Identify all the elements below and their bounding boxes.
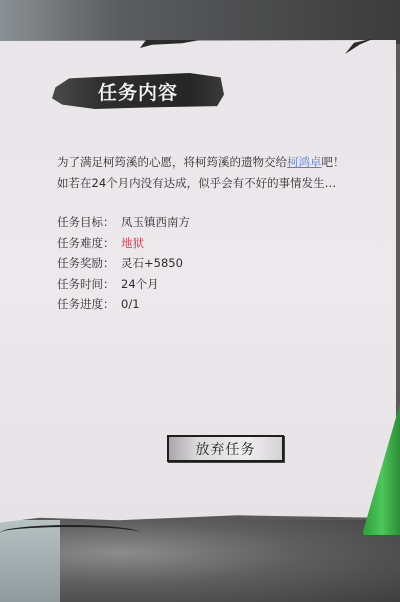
info-label: 任务奖励： bbox=[57, 253, 121, 274]
quest-difficulty-row: 任务难度： 地狱 bbox=[57, 233, 190, 254]
quest-time-row: 任务时间： 24个月 bbox=[57, 274, 190, 295]
quest-reward-value: 灵石+5850 bbox=[121, 253, 183, 274]
quest-time-value: 24个月 bbox=[121, 274, 159, 295]
quest-description: 为了满足柯筠溪的心愿，将柯筠溪的遗物交给柯鸿卓吧！ 如若在24个月内没有达成，似… bbox=[57, 152, 387, 194]
info-label: 任务进度： bbox=[57, 294, 121, 315]
description-line-2: 如若在24个月内没有达成，似乎会有不好的事情发生… bbox=[57, 173, 387, 194]
quest-progress-row: 任务进度： 0/1 bbox=[57, 294, 190, 315]
info-label: 任务难度： bbox=[57, 233, 121, 254]
background-top bbox=[0, 0, 400, 44]
quest-info-list: 任务目标： 凤玉镇西南方 任务难度： 地狱 任务奖励： 灵石+5850 任务时间… bbox=[57, 212, 190, 315]
info-label: 任务时间： bbox=[57, 274, 121, 295]
quest-progress-value: 0/1 bbox=[121, 294, 140, 315]
quest-difficulty-value: 地狱 bbox=[121, 233, 144, 254]
quest-target-value: 凤玉镇西南方 bbox=[121, 212, 190, 233]
description-line-1: 为了满足柯筠溪的心愿，将柯筠溪的遗物交给柯鸿卓吧！ bbox=[57, 152, 387, 173]
description-text: 吧！ bbox=[322, 155, 345, 169]
abandon-quest-button[interactable]: 放弃任务 bbox=[167, 435, 284, 462]
quest-target-row: 任务目标： 凤玉镇西南方 bbox=[57, 212, 190, 233]
npc-link[interactable]: 柯鸿卓 bbox=[287, 155, 322, 169]
description-text: 为了满足柯筠溪的心愿，将柯筠溪的遗物交给 bbox=[57, 155, 287, 169]
info-label: 任务目标： bbox=[57, 212, 121, 233]
quest-reward-row: 任务奖励： 灵石+5850 bbox=[57, 253, 190, 274]
dialog-title: 任务内容 bbox=[98, 78, 178, 105]
